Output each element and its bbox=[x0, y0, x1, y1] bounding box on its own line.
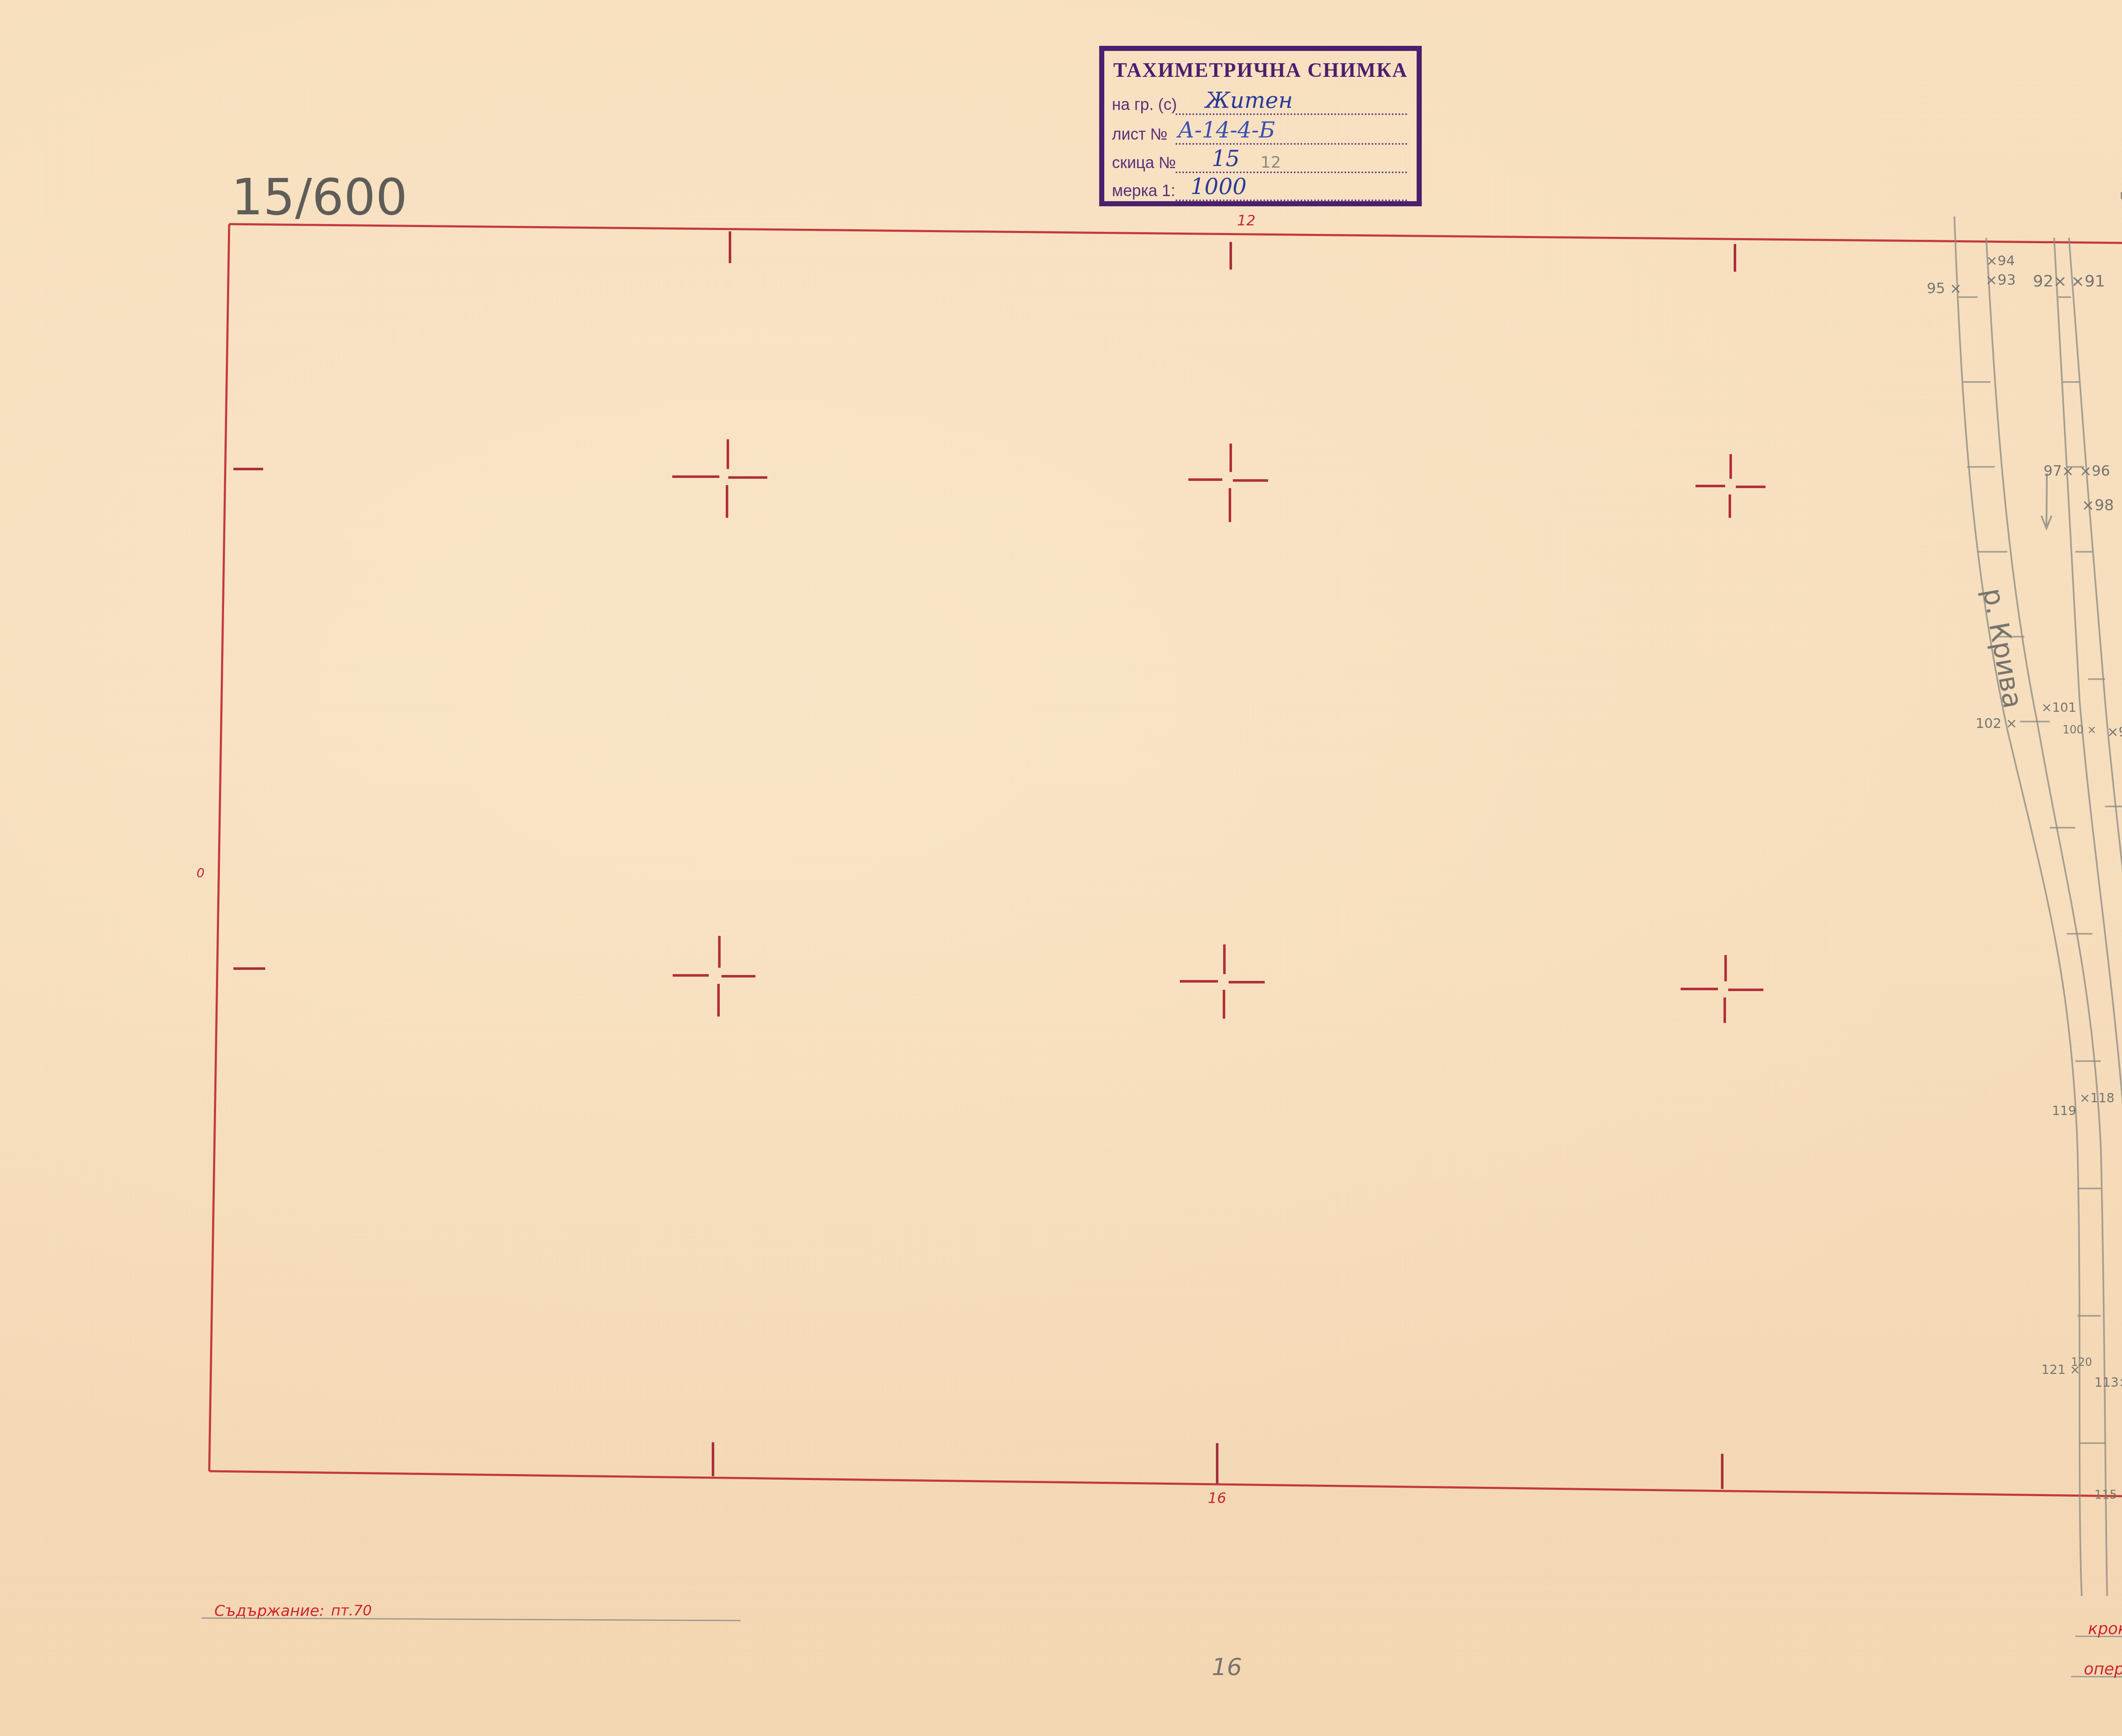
survey-point: 95 × bbox=[1927, 280, 1962, 297]
stamp-label-sheet-number: лист № bbox=[1112, 126, 1168, 144]
survey-point: 120 bbox=[2071, 1356, 2092, 1369]
survey-point: ×96 bbox=[2080, 463, 2110, 480]
survey-point: 100 × bbox=[2063, 724, 2097, 736]
stamp-label-scale: мерка 1: bbox=[1112, 182, 1175, 200]
tachymetric-survey-stamp: ТАХИМЕТРИЧНА СНИМКА на гр. (с) Житен лис… bbox=[1099, 46, 1422, 206]
map-drawing bbox=[0, 0, 2122, 1736]
crosshair-4 bbox=[673, 936, 755, 1017]
dotted-line bbox=[1176, 199, 1407, 201]
survey-point: ×118 bbox=[2080, 1091, 2114, 1106]
locality-value: Житен bbox=[1205, 88, 1293, 113]
scale-value: 1000 bbox=[1190, 174, 1246, 199]
sketch-number-value: 15 bbox=[1212, 146, 1240, 171]
crosshair-1 bbox=[672, 439, 767, 518]
frame-ticks bbox=[233, 231, 2122, 1489]
stamp-label-sketch-number: скица № bbox=[1112, 154, 1176, 172]
stamp-title: ТАХИМЕТРИЧНА СНИМКА bbox=[1104, 59, 1417, 82]
grid-crosshairs bbox=[672, 439, 1766, 1023]
stamp-row-locality: на гр. (с) Житен bbox=[1112, 87, 1407, 117]
crosshair-6 bbox=[1681, 955, 1763, 1023]
survey-sheet: 15/600 15 ТАХИМЕТРИЧНА СНИМКА на гр. (с)… bbox=[0, 0, 2122, 1736]
content-value: пт.70 bbox=[331, 1602, 372, 1619]
operator-label: оператор bbox=[2084, 1660, 2122, 1678]
content-label: Съдържание: bbox=[214, 1602, 324, 1620]
sketch-number-secondary: 12 bbox=[1260, 153, 1281, 171]
sketcher-label: крокист: bbox=[2088, 1619, 2122, 1638]
survey-point: ×94 bbox=[1986, 253, 2015, 269]
flow-arrow-icon bbox=[2041, 473, 2052, 528]
survey-point: ×91 bbox=[2071, 272, 2105, 290]
crosshair-5 bbox=[1180, 944, 1265, 1019]
stamp-row-sheet-number: лист № А-14-4-Б bbox=[1112, 117, 1407, 146]
dotted-line bbox=[1176, 143, 1407, 145]
stamp-row-sketch-number: скица № 15 12 bbox=[1112, 145, 1407, 175]
grid-label-left: 0 bbox=[196, 866, 205, 881]
survey-point: 92× bbox=[2033, 272, 2067, 290]
stamp-row-scale: мерка 1: 1000 bbox=[1112, 173, 1407, 203]
survey-point: 102 × bbox=[1976, 715, 2017, 731]
sheet-code: 15/600 bbox=[231, 168, 407, 226]
grid-label-top: 12 bbox=[1237, 212, 1255, 229]
stamp-label-locality: на гр. (с) bbox=[1112, 96, 1177, 114]
survey-point: ×99 bbox=[2107, 724, 2122, 740]
survey-point: ×98 bbox=[2082, 497, 2114, 514]
bottom-page-number: 16 bbox=[1212, 1653, 1242, 1681]
grid-label-bottom: 16 bbox=[1208, 1490, 1226, 1507]
survey-point: ×93 bbox=[1985, 272, 2016, 289]
survey-point: 113× bbox=[2094, 1375, 2122, 1390]
survey-point: 97× bbox=[2043, 463, 2074, 480]
crosshair-2 bbox=[1188, 444, 1268, 522]
station-69-label: пт.69 bbox=[2120, 189, 2122, 202]
footer-rules bbox=[202, 1618, 2122, 1677]
sheet-number-value: А-14-4-Б bbox=[1178, 118, 1275, 143]
survey-point: 115 bbox=[2094, 1488, 2117, 1502]
survey-point: ×101 bbox=[2041, 700, 2076, 715]
crosshair-3 bbox=[1695, 454, 1766, 518]
survey-point: 119 bbox=[2052, 1104, 2076, 1118]
map-frame bbox=[209, 224, 2122, 1497]
dotted-line bbox=[1176, 113, 1407, 115]
